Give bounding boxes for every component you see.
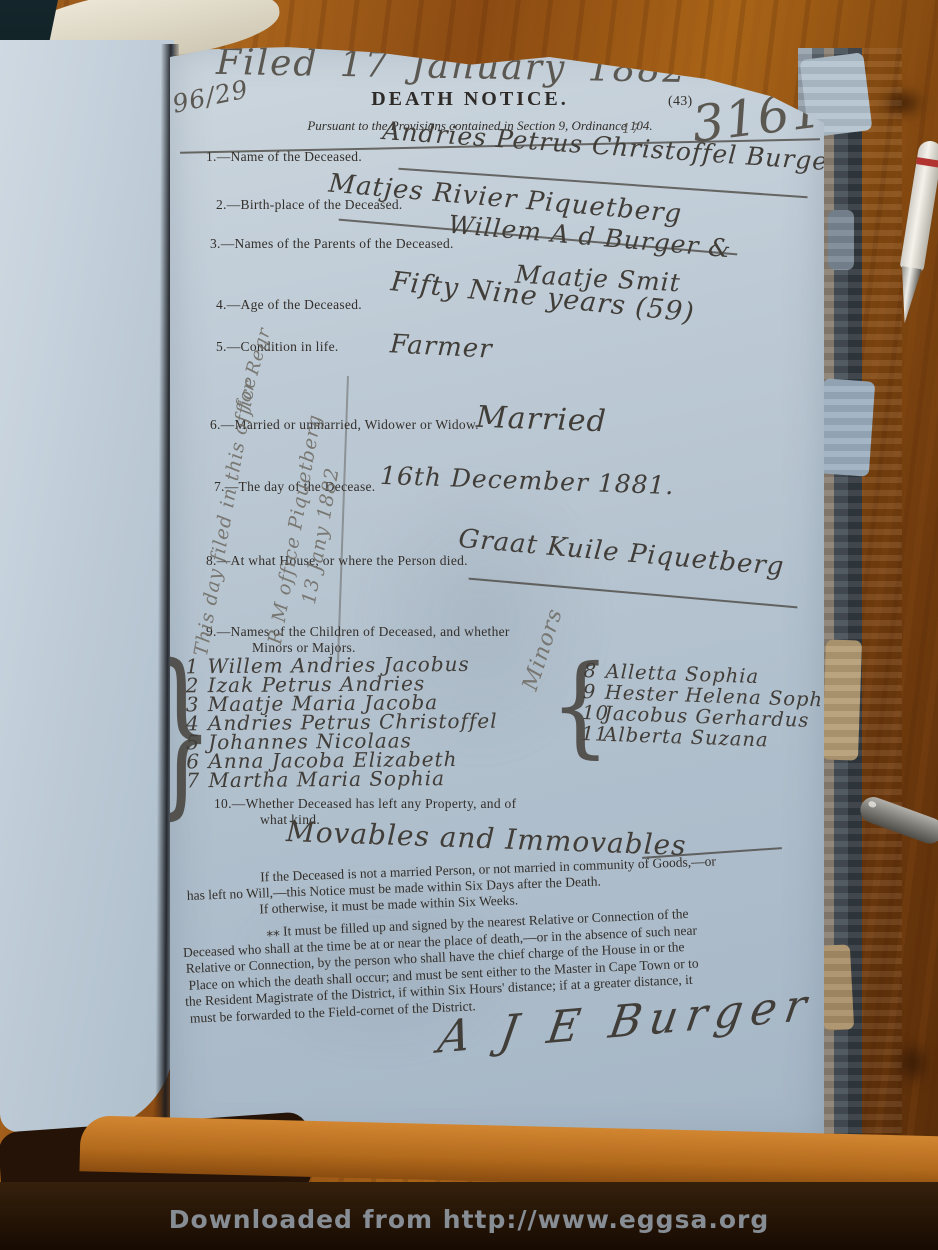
item9-label-line1: 9.—Names of the Children of Deceased, an… [206,624,510,640]
item5-label: 5.—Condition in life. [216,339,339,355]
child-number: 9 [583,681,606,703]
item5-answer: Farmer [389,329,493,364]
pen-metal-tip [893,266,922,324]
child-row: 7Martha Maria Sophia [186,769,498,791]
child-number: 8 [583,660,606,682]
metal-glint [868,800,878,808]
child-name: Alberta Suzana [603,724,769,751]
item6-answer: Married [475,400,607,440]
item8-label: 8.—At what House, or where the Person di… [206,553,468,569]
child-name: Martha Maria Sophia [208,769,445,790]
photo-of-death-notice: Filed 17 January 1882 96/29 DEATH NOTICE… [0,0,938,1250]
children-list-left: 1Willem Andries Jacobus 2Izak Petrus And… [185,655,498,791]
child-number: 11 [581,723,604,745]
file-reference-annotation: 96/29 [170,74,251,118]
children-list-right: 8Alletta Sophia 9Hester Helena Sophia 10… [581,660,844,753]
child-number: 7 [186,771,208,790]
form-title: DEATH NOTICE. [310,88,630,111]
item1-label: 1.—Name of the Deceased. [206,149,362,165]
left-page [0,40,174,1132]
death-notice-page: Filed 17 January 1882 96/29 DEATH NOTICE… [170,46,824,1144]
item10-answer: Movables and Immovables [286,815,688,862]
item4-label: 4.—Age of the Deceased. [216,297,362,313]
item3-label: 3.—Names of the Parents of the Deceased. [210,236,454,252]
child-number: 10 [582,702,605,724]
item10-label-line1: 10.—Whether Deceased has left any Proper… [214,796,516,812]
watermark-text: Downloaded from http://www.eggsa.org [0,1205,938,1234]
